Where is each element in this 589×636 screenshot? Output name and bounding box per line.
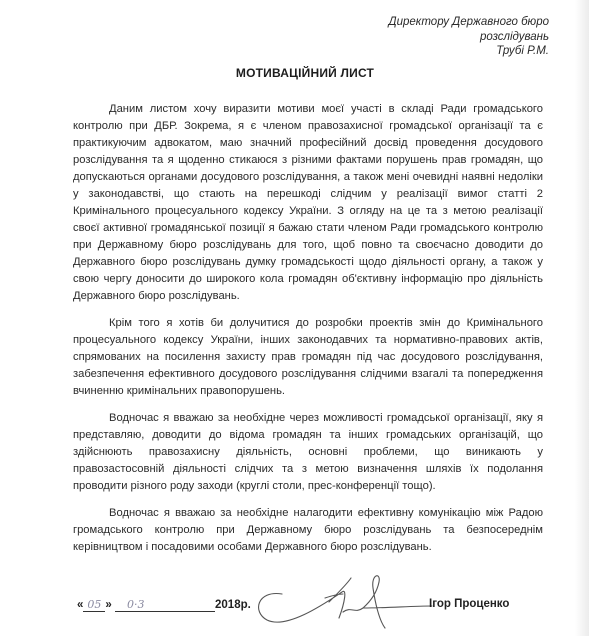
paragraph: Водночас я вважаю за необхідне налагодит…	[73, 505, 543, 556]
addressee-line: Директору Державного бюро	[389, 15, 549, 30]
paragraph: Водночас я вважаю за необхідне через мож…	[73, 410, 543, 495]
addressee-line: Трубі Р.М.	[389, 44, 549, 59]
date-field: «05» 0·32018р.	[77, 598, 251, 612]
signature-icon	[247, 572, 437, 634]
date-day: 05	[83, 598, 105, 612]
paragraph: Даним листом хочу виразити мотиви моєї у…	[73, 101, 543, 305]
date-year: 2018р.	[215, 599, 251, 611]
document-title: МОТИВАЦІЙНИЙ ЛИСТ	[0, 66, 589, 80]
letter-body: Даним листом хочу виразити мотиви моєї у…	[73, 101, 543, 566]
paragraph: Крім того я хотів би долучитися до розро…	[73, 315, 543, 400]
signature-row: «05» 0·32018р. Ігор Проценко	[77, 590, 547, 630]
addressee-block: Директору Державного бюро розслідувань Т…	[389, 15, 549, 59]
close-quote: »	[105, 599, 111, 611]
date-month: 0·3	[115, 598, 215, 612]
signer-name: Ігор Проценко	[429, 598, 509, 610]
page-edge-shadow	[575, 0, 589, 636]
addressee-line: розслідувань	[389, 30, 549, 45]
